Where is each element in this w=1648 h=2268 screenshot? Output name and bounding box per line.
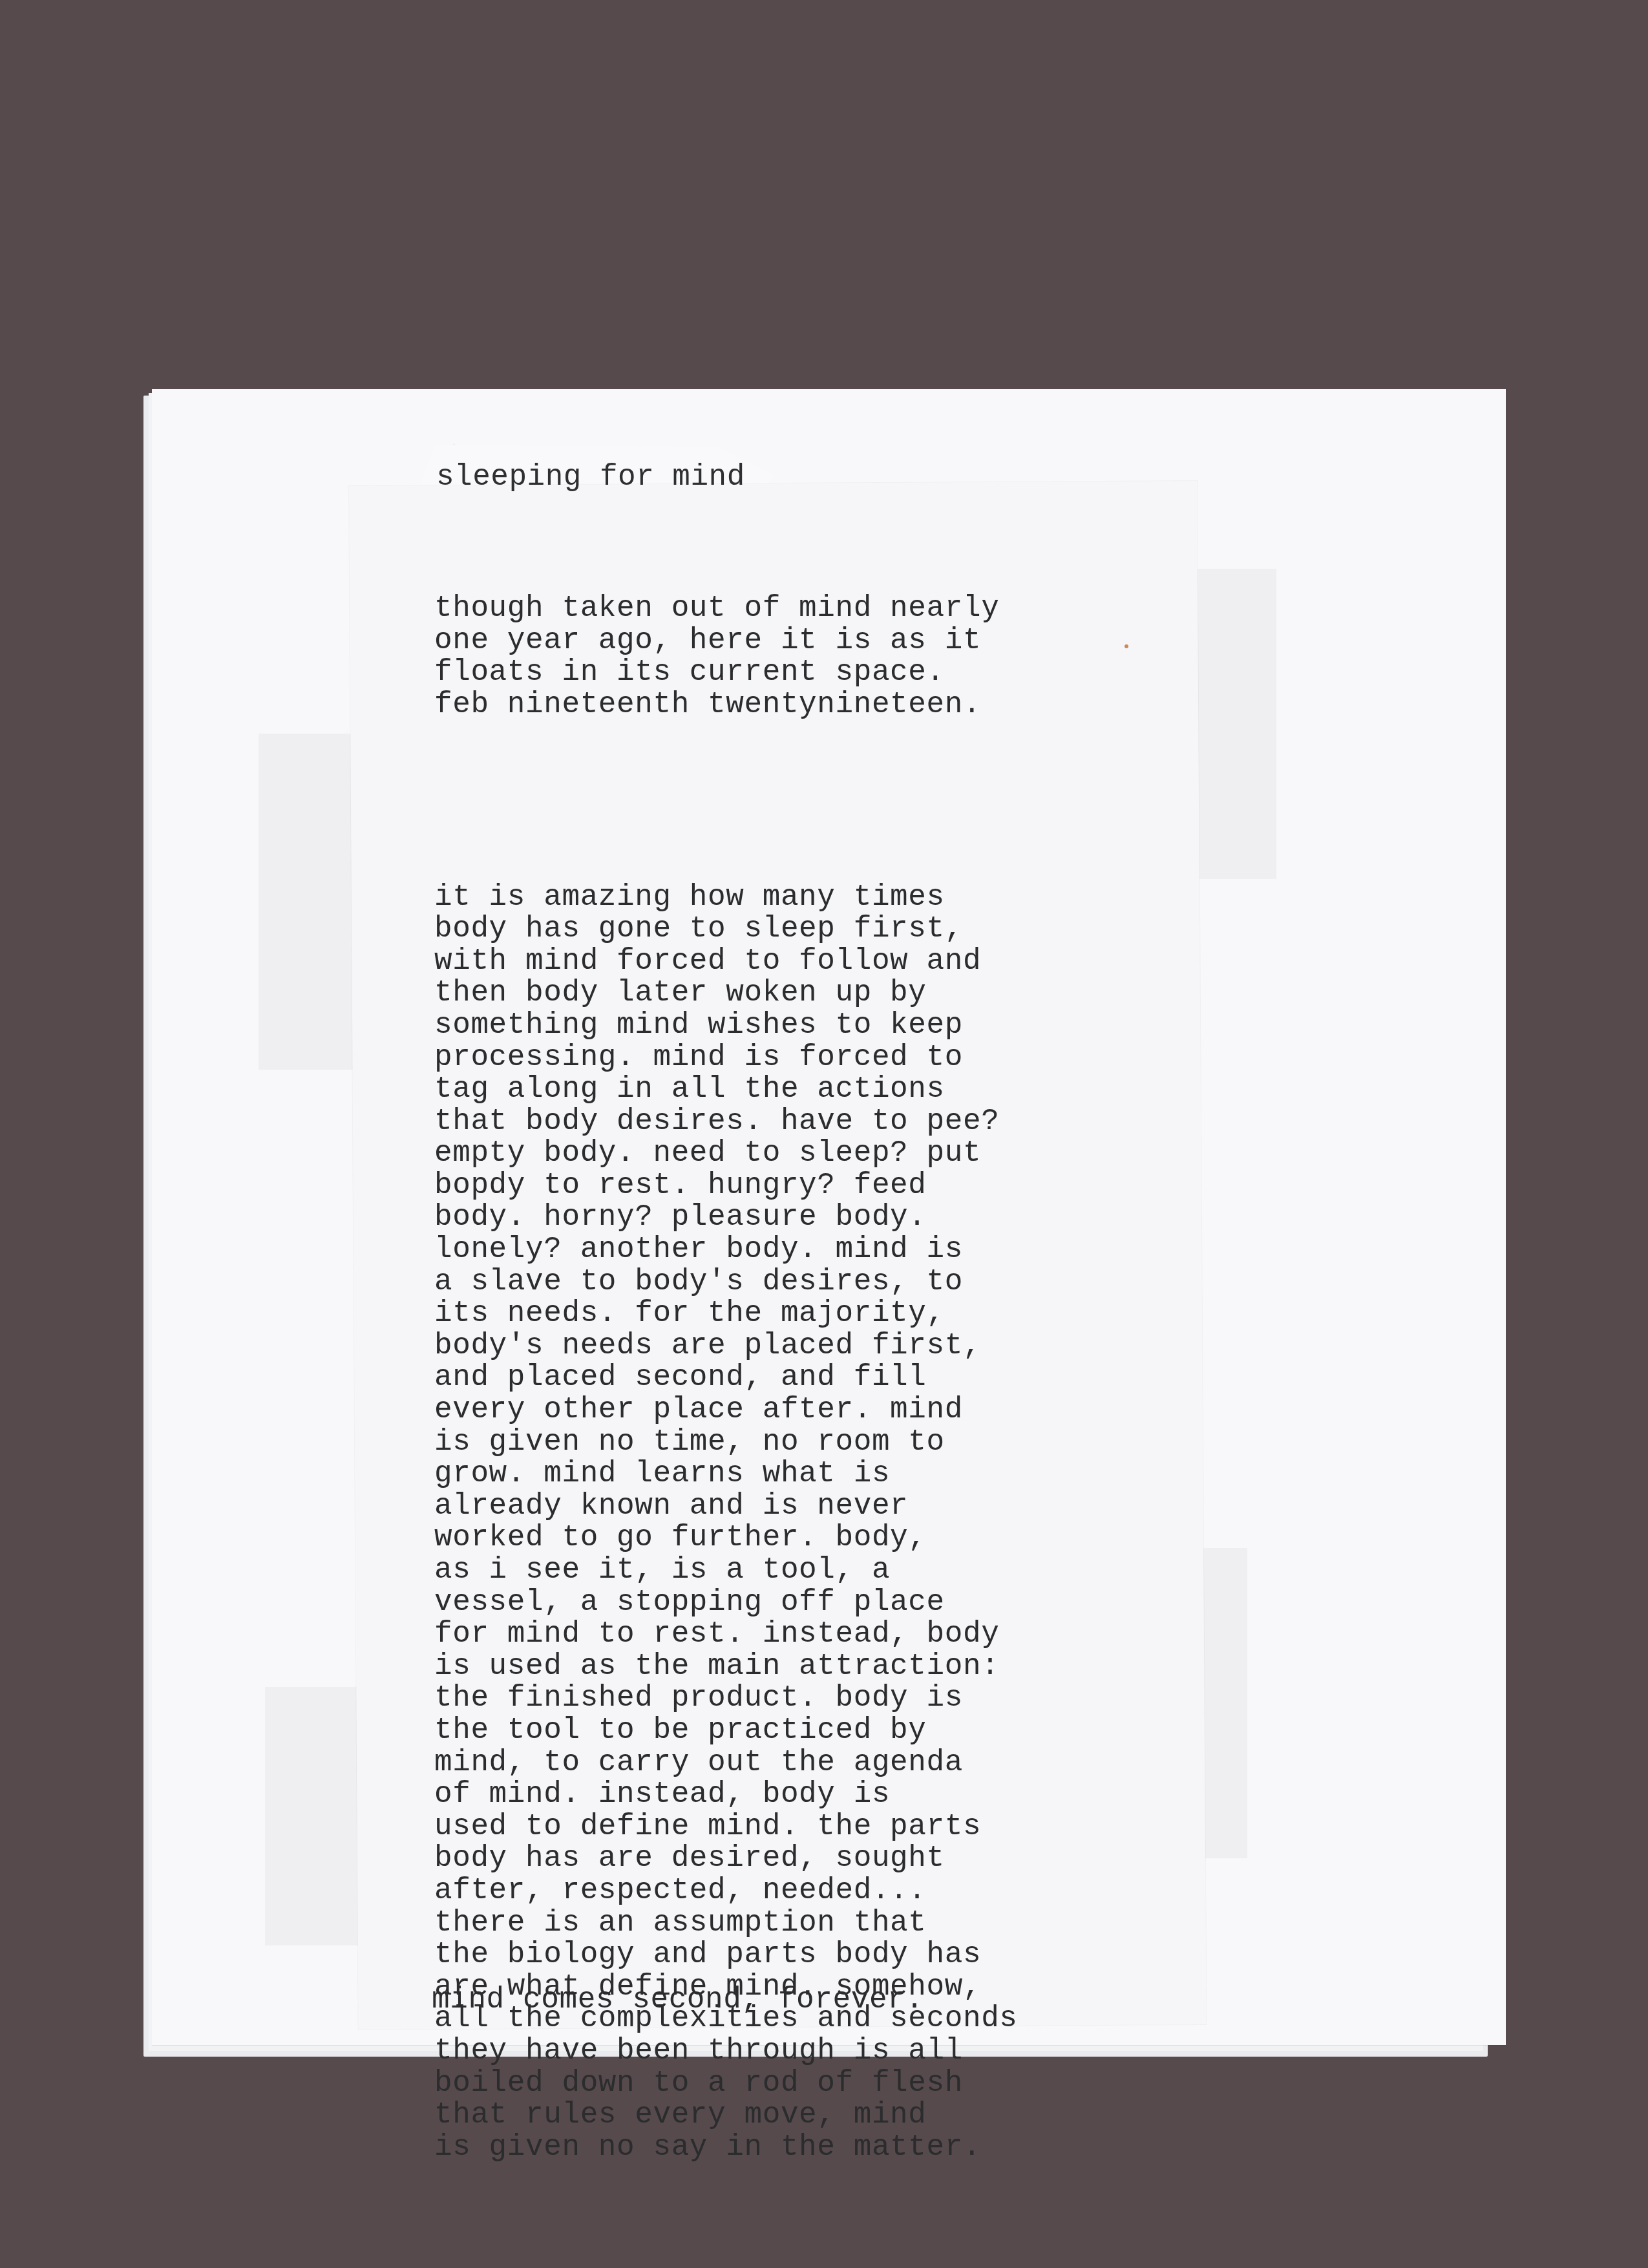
text-line: the tool to be practiced by [434, 1715, 1018, 1747]
text-line: is given no time, no room to [434, 1426, 1018, 1459]
text-line: though taken out of mind nearly [434, 593, 1018, 625]
text-line: the biology and parts body has [434, 1939, 1018, 1971]
text-line: floats in its current space. [434, 657, 1018, 689]
text-line: then body later woken up by [434, 977, 1018, 1010]
text-line: after, respected, needed... [434, 1875, 1018, 1907]
text-line: already known and is never [434, 1490, 1018, 1523]
text-line: empty body. need to sleep? put [434, 1138, 1018, 1170]
text-line: worked to go further. body, [434, 1522, 1018, 1554]
text-line: is given no say in the matter. [434, 2132, 1018, 2164]
text-line: for mind to rest. instead, body [434, 1618, 1018, 1651]
text-line: with mind forced to follow and [434, 946, 1018, 978]
text-line: the finished product. body is [434, 1682, 1018, 1715]
main-paragraph: it is amazing how many timesbody has gon… [434, 882, 1018, 2164]
text-line: used to define mind. the parts [434, 1811, 1018, 1843]
text-line: that body desires. have to pee? [434, 1106, 1018, 1138]
text-line: there is an assumption that [434, 1907, 1018, 1940]
text-line: body has are desired, sought [434, 1843, 1018, 1875]
text-line: body's needs are placed first, [434, 1330, 1018, 1362]
text-line: body has gone to sleep first, [434, 913, 1018, 946]
text-line: vessel, a stopping off place [434, 1587, 1018, 1619]
closing-line: mind comes second, forever. [432, 1983, 924, 2017]
text-line: tag along in all the actions [434, 1074, 1018, 1106]
intro-paragraph: though taken out of mind nearlyone year … [434, 593, 1018, 721]
text-line: is used as the main attraction: [434, 1651, 1018, 1683]
text-line: as i see it, is a tool, a [434, 1554, 1018, 1587]
text-line: lonely? another body. mind is [434, 1234, 1018, 1266]
text-line: body. horny? pleasure body. [434, 1202, 1018, 1234]
text-line: grow. mind learns what is [434, 1458, 1018, 1490]
text-line: every other place after. mind [434, 1394, 1018, 1426]
text-line: feb nineteenth twentynineteen. [434, 689, 1018, 721]
text-line: it is amazing how many times [434, 882, 1018, 914]
text-line: of mind. instead, body is [434, 1779, 1018, 1811]
text-line: processing. mind is forced to [434, 1042, 1018, 1074]
document-title: sleeping for mind [436, 460, 745, 494]
stain-speck [1125, 644, 1128, 648]
text-line: that rules every move, mind [434, 2099, 1018, 2132]
text-line: bopdy to rest. hungry? feed [434, 1170, 1018, 1202]
text-line: its needs. for the majority, [434, 1298, 1018, 1330]
document-body: though taken out of mind nearlyone year … [434, 529, 1018, 2196]
text-line: something mind wishes to keep [434, 1010, 1018, 1042]
text-line: mind, to carry out the agenda [434, 1747, 1018, 1779]
text-line: and placed second, and fill [434, 1362, 1018, 1394]
text-line: one year ago, here it is as it [434, 625, 1018, 657]
text-line: they have been through is all [434, 2035, 1018, 2068]
text-line: a slave to body's desires, to [434, 1266, 1018, 1298]
text-line: boiled down to a rod of flesh [434, 2068, 1018, 2100]
